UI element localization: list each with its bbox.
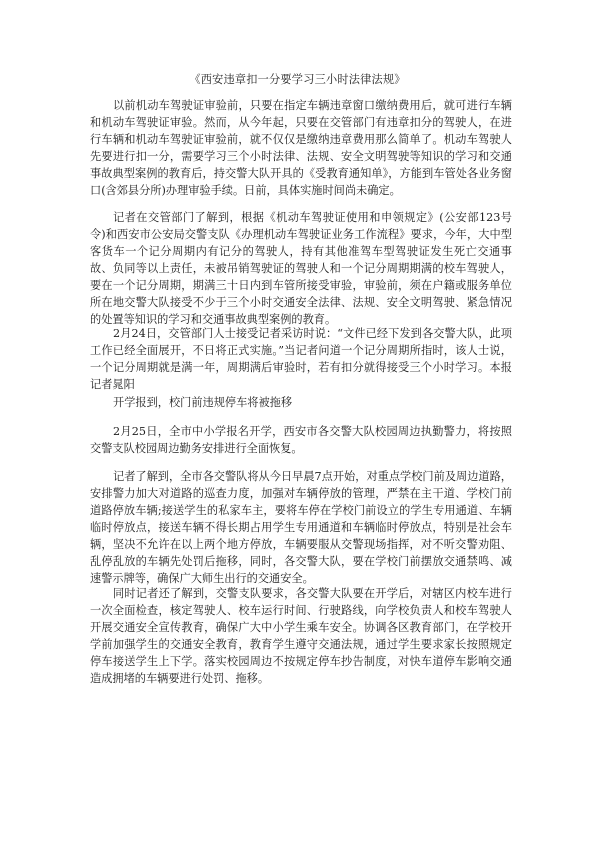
paragraph-6: 同时记者还了解到，交警支队要求，各交警大队要在开学后，对辖区内校车进行一次全面检… (90, 585, 512, 687)
section-subheading: 开学报到，校门前违规停车将被拖移 (113, 394, 513, 411)
paragraph-2: 记者在交管部门了解到，根据《机动车驾驶证使用和申领规定》(公安部123号令)和西… (90, 209, 512, 328)
paragraph-1: 以前机动车驾驶证审验前，只要在指定车辆违章窗口缴纳费用后，就可进行车辆和机动车驾… (90, 97, 512, 199)
paragraph-4: 2月25日，全市中小学报名开学，西安市各交警大队校园周边执勤警力，将按照交警支队… (90, 423, 512, 457)
document-title: 《西安违章扣一分要学习三小时法律法规》 (0, 72, 595, 88)
paragraph-5: 记者了解到，全市各交警队将从今日早晨7点开始，对重点学校门前及周边道路，安排警力… (90, 468, 512, 587)
paragraph-3: 2月24日，交管部门人士接受记者采访时说：“文件已经下发到各交警大队，此项工作已… (90, 325, 512, 393)
document-page: 《西安违章扣一分要学习三小时法律法规》 以前机动车驾驶证审验前，只要在指定车辆违… (0, 0, 595, 842)
